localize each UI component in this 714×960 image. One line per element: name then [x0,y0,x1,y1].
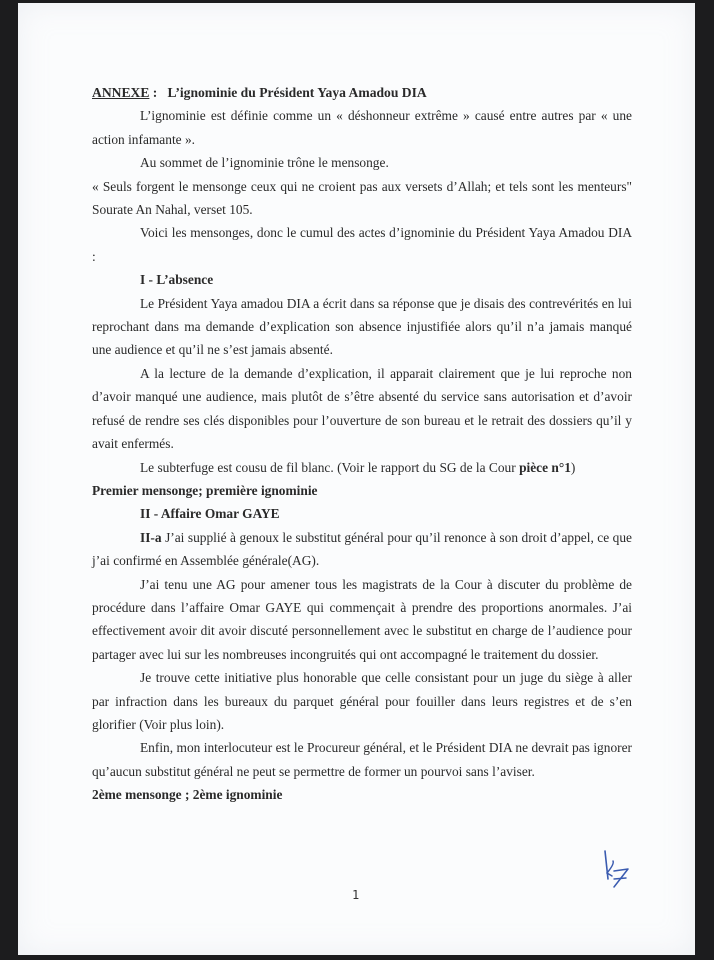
subsection-label: II-a [140,530,162,545]
paragraph-absence-2: A la lecture de la demande d’explication… [92,362,632,456]
document-title: ANNEXE : L’ignominie du Président Yaya A… [92,81,632,104]
paragraph-definition: L’ignominie est définie comme un « désho… [92,104,632,151]
document-body: ANNEXE : L’ignominie du Président Yaya A… [92,81,632,807]
paragraph-gaye-2: J’ai tenu une AG pour amener tous les ma… [92,573,632,667]
handwritten-initials-icon [600,849,634,889]
paragraph-gaye-1: II-a J’ai supplié à genoux le substitut … [92,526,632,573]
section-heading-omar-gaye: II - Affaire Omar GAYE [92,502,632,525]
document-page: ANNEXE : L’ignominie du Président Yaya A… [18,3,695,955]
paragraph-absence-1: Le Président Yaya amadou DIA a écrit dan… [92,292,632,362]
paragraph-gaye-3: Je trouve cette initiative plus honorabl… [92,666,632,736]
annex-label: ANNEXE [92,85,149,100]
subterfuge-text: Le subterfuge est cousu de fil blanc. (V… [140,460,519,475]
paragraph-gaye-4: Enfin, mon interlocuteur est le Procureu… [92,736,632,783]
page-number: 1 [352,888,359,902]
conclusion-first-lie: Premier mensonge; première ignominie [92,479,632,502]
section-heading-absence: I - L’absence [92,268,632,291]
exhibit-reference: pièce n°1 [519,460,571,475]
subsection-text: J’ai supplié à genoux le substitut génér… [92,530,632,568]
subterfuge-end: ) [571,460,575,475]
paragraph-intro-lies: Voici les mensonges, donc le cumul des a… [92,221,632,268]
paragraph-quote: « Seuls forgent le mensonge ceux qui ne … [92,175,632,222]
paragraph-absence-3: Le subterfuge est cousu de fil blanc. (V… [92,456,632,479]
paragraph-summit: Au sommet de l’ignominie trône le menson… [92,151,632,174]
conclusion-second-lie: 2ème mensonge ; 2ème ignominie [92,783,632,806]
title-separator: : [149,85,167,100]
title-text: L’ignominie du Président Yaya Amadou DIA [168,85,427,100]
